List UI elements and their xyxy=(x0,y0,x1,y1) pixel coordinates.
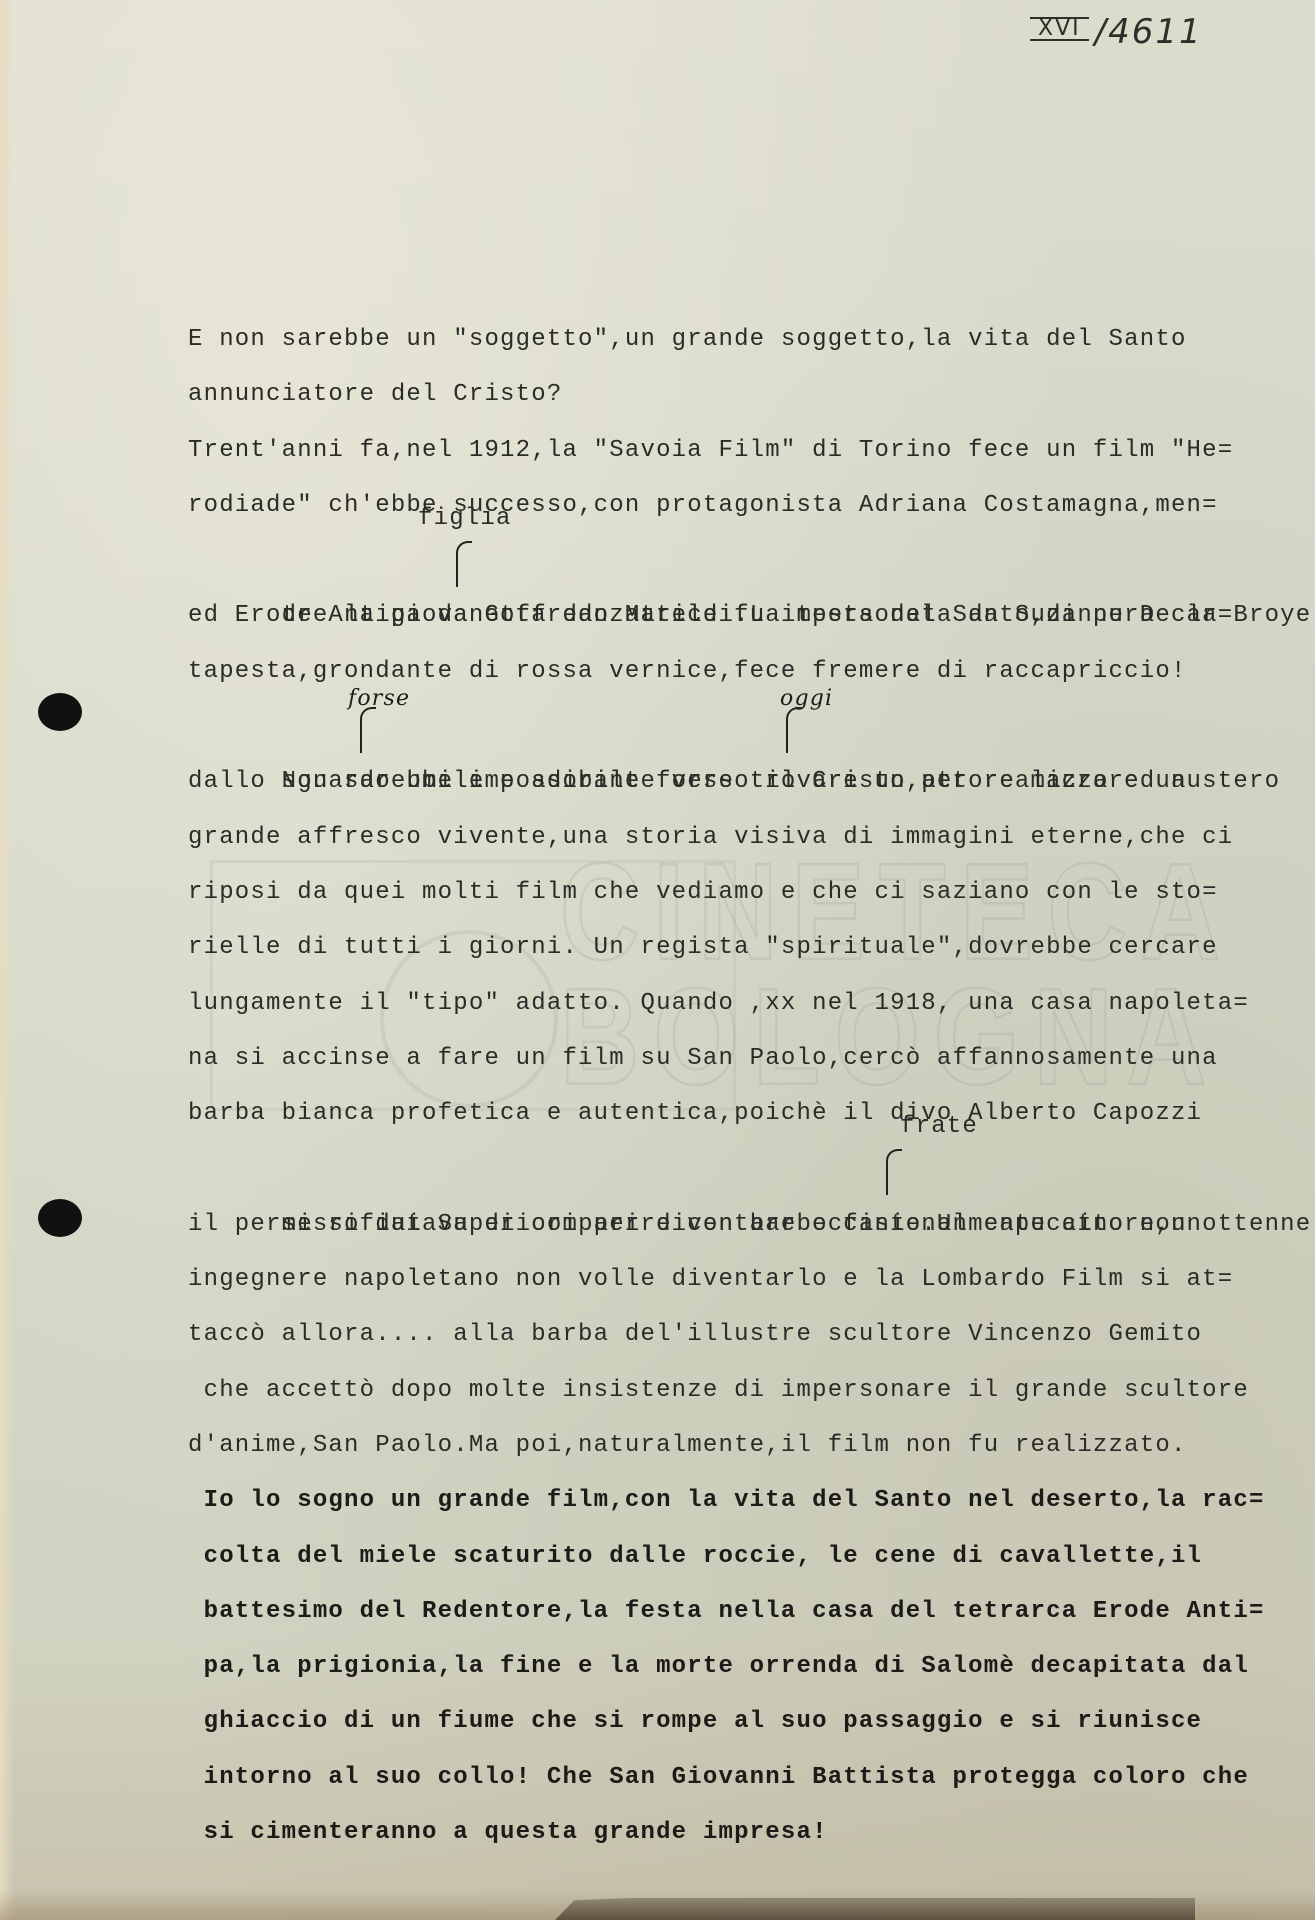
insert-caret-mark xyxy=(886,1149,902,1195)
text-line: pa,la prigionia,la fine e la morte orren… xyxy=(188,1639,1288,1694)
archive-slash: / xyxy=(1095,12,1108,52)
text-line: dallo sguardo umile e adorante verso il … xyxy=(188,754,1288,809)
text-line: barba bianca profetica e autentica,poich… xyxy=(188,1086,1288,1141)
text-line-with-annotations: Non sarebbe impossibile forse trovare un… xyxy=(188,699,1288,754)
text-line: colta del miele scaturito dalle roccie, … xyxy=(188,1529,1288,1584)
text-line: che accettò dopo molte insistenze di imp… xyxy=(188,1363,1288,1418)
text-line: lungamente il "tipo" adatto. Quando ,xx … xyxy=(188,976,1288,1031)
text-line: battesimo del Redentore,la festa nella c… xyxy=(188,1584,1288,1639)
text-line: grande affresco vivente,una storia visiv… xyxy=(188,810,1288,865)
text-line-with-insert: tre la giovanetta danzatrice fu imperson… xyxy=(188,533,1288,588)
handwritten-forse: forse xyxy=(348,671,410,726)
text-line: ed Erode Antipa da Goffredo Mateldi.La t… xyxy=(188,588,1288,643)
text-line: si cimenteranno a questa grande impresa! xyxy=(188,1805,1288,1860)
text-line: il permesso dai Superiori per diventare … xyxy=(188,1197,1288,1252)
typewritten-body: E non sarebbe un "soggetto",un grande so… xyxy=(188,312,1288,1860)
text-line: annunciatore del Cristo? xyxy=(188,367,1288,422)
text-line: intorno al suo collo! Che San Giovanni B… xyxy=(188,1750,1288,1805)
insert-caret-mark xyxy=(360,707,376,753)
text-line: riposi da quei molti film che vediamo e … xyxy=(188,865,1288,920)
text-line: Io lo sogno un grande film,con la vita d… xyxy=(188,1473,1288,1528)
paper-edge xyxy=(0,0,14,1920)
document-page: XVI/4611 CINETECA BOLOGNA E non sarebbe … xyxy=(0,0,1315,1920)
insert-caret-mark xyxy=(456,541,472,587)
text-line: rodiade" ch'ebbe successo,con protagonis… xyxy=(188,478,1288,533)
archive-number: XVI/4611 xyxy=(1030,12,1203,52)
text-line: Trent'anni fa,nel 1912,la "Savoia Film" … xyxy=(188,423,1288,478)
insert-caret-mark xyxy=(786,707,802,753)
text-line: ghiaccio di un fiume che si rompe al suo… xyxy=(188,1694,1288,1749)
archive-id: 4611 xyxy=(1108,12,1203,52)
text-line: rielle di tutti i giorni. Un regista "sp… xyxy=(188,920,1288,975)
text-line: taccò allora.... alla barba del'illustre… xyxy=(188,1307,1288,1362)
typed-insert-figlia: figlia xyxy=(418,507,512,531)
text-line: na si accinse a fare un film su San Paol… xyxy=(188,1031,1288,1086)
text-line: ingegnere napoletano non volle diventarl… xyxy=(188,1252,1288,1307)
punch-hole xyxy=(38,693,82,731)
text-line: E non sarebbe un "soggetto",un grande so… xyxy=(188,312,1288,367)
punch-hole xyxy=(38,1199,82,1237)
archive-roman: XVI xyxy=(1030,17,1089,41)
text-line-with-insert: si rifiutava di comparire con barbe fint… xyxy=(188,1141,1288,1196)
typed-insert-frate: frate xyxy=(900,1115,978,1139)
text-line: d'anime,San Paolo.Ma poi,naturalmente,il… xyxy=(188,1418,1288,1473)
paper-tear xyxy=(555,1898,1195,1920)
